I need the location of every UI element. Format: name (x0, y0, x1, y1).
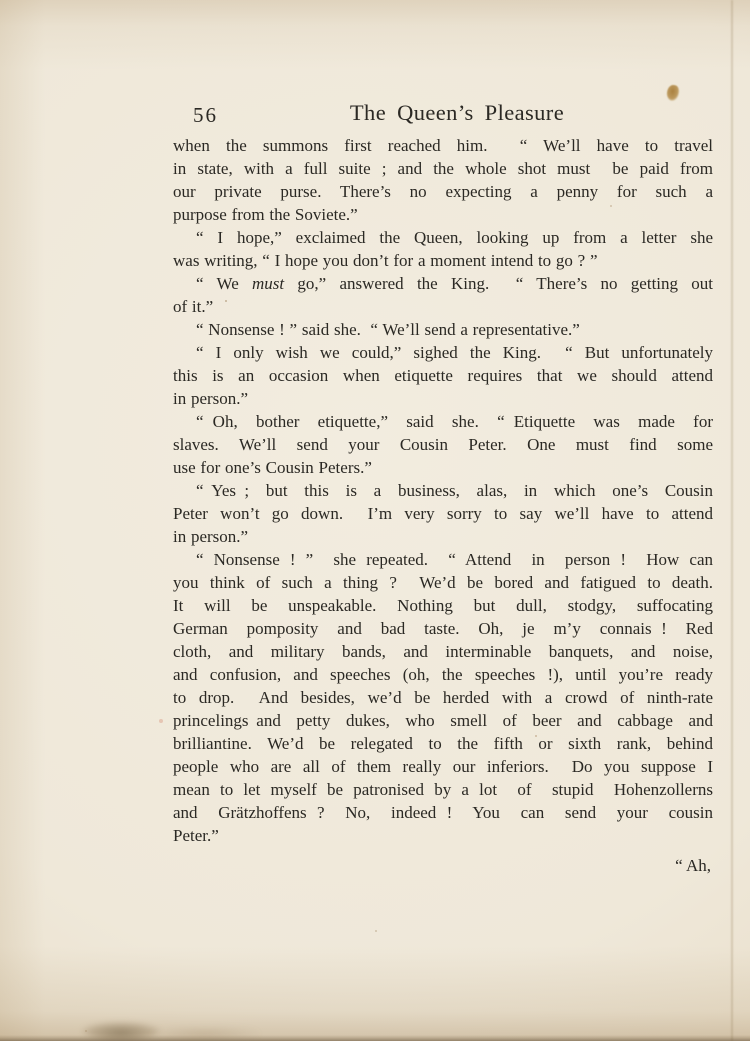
paragraph: “ Yes ; but this is a business, alas, in… (173, 479, 713, 548)
text-line: when the summons first reached him. “ We… (173, 134, 713, 157)
text-line: Peter won’t go down. I’m very sorry to s… (173, 502, 713, 525)
text-line: “ Oh, bother etiquette,” said she. “ Eti… (173, 410, 713, 433)
text-line: slaves. We’ll send your Cousin Peter. On… (173, 433, 713, 456)
text-line: “ Nonsense ! ” she repeated. “ Attend in… (173, 548, 713, 571)
text-line: our private purse. There’s no expecting … (173, 180, 713, 203)
text-line: mean to let myself be patronised by a lo… (173, 778, 713, 801)
text-line: in state, with a full suite ; and the wh… (173, 157, 713, 180)
text-block: when the summons first reached him. “ We… (173, 134, 713, 877)
text-line: and Grätzhoffens ? No, indeed ! You can … (173, 801, 713, 824)
page-header: 56 The Queen’s Pleasure (173, 100, 713, 132)
paragraph: “ Oh, bother etiquette,” said she. “ Eti… (173, 410, 713, 479)
text-line: in person.” (173, 525, 713, 548)
text-line: in person.” (173, 387, 713, 410)
text-line: German pomposity and bad taste. Oh, je m… (173, 617, 713, 640)
text-line: this is an occasion when etiquette requi… (173, 364, 713, 387)
text-line: princelings and petty dukes, who smell o… (173, 709, 713, 732)
text-line: “ We must go,” answered the King. “ Ther… (173, 272, 713, 295)
text-line: Peter.” (173, 824, 713, 847)
text-line: “ I only wish we could,” sighed the King… (173, 341, 713, 364)
text-line: purpose from the Soviete.” (173, 203, 713, 226)
text-line: of it.” (173, 295, 713, 318)
paragraph: “ Nonsense ! ” she repeated. “ Attend in… (173, 548, 713, 847)
catchword: “ Ah, (173, 854, 713, 877)
paper-specks (225, 300, 227, 302)
paragraph: when the summons first reached him. “ We… (173, 134, 713, 226)
paragraph: “ We must go,” answered the King. “ Ther… (173, 272, 713, 318)
text-line: people who are all of them really our in… (173, 755, 713, 778)
text-line: use for one’s Cousin Peters.” (173, 456, 713, 479)
text-line: “ Nonsense ! ” said she. “ We’ll send a … (173, 318, 713, 341)
paragraph: “ I only wish we could,” sighed the King… (173, 341, 713, 410)
text-line: to drop. And besides, we’d be herded wit… (173, 686, 713, 709)
page-number: 56 (193, 103, 218, 128)
book-page-scan: 56 The Queen’s Pleasure when the summons… (0, 0, 750, 1041)
text-line: you think of such a thing ? We’d be bore… (173, 571, 713, 594)
text-line: was writing, “ I hope you don’t for a mo… (173, 249, 713, 272)
page-edge-line (731, 0, 733, 1041)
page-bottom-edge (0, 1035, 750, 1041)
text-line: and confusion, and speeches (oh, the spe… (173, 663, 713, 686)
text-line: “ I hope,” exclaimed the Queen, looking … (173, 226, 713, 249)
text-line: It will be unspeakable. Nothing but dull… (173, 594, 713, 617)
text-line: “ Yes ; but this is a business, alas, in… (173, 479, 713, 502)
text-line: cloth, and military bands, and intermina… (173, 640, 713, 663)
text-line: brilliantine. We’d be relegated to the f… (173, 732, 713, 755)
running-title: The Queen’s Pleasure (173, 100, 713, 126)
paragraph: “ I hope,” exclaimed the Queen, looking … (173, 226, 713, 272)
paragraph: “ Nonsense ! ” said she. “ We’ll send a … (173, 318, 713, 341)
